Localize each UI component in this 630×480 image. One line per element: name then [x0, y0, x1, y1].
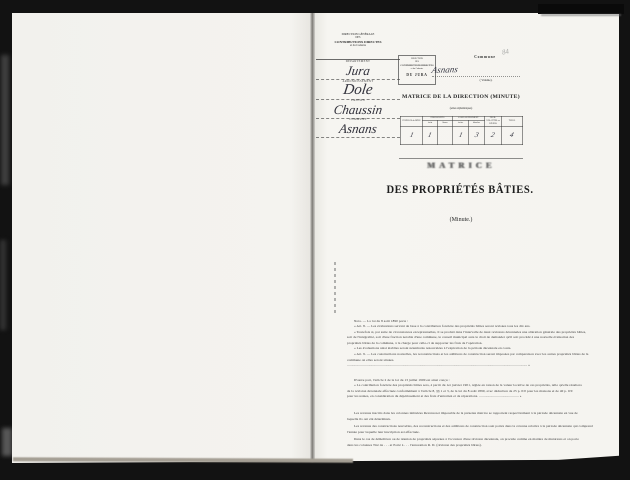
handwritten-count: 4 [509, 131, 514, 139]
legal-line: « Les évaluations ainsi établies seront … [347, 347, 617, 350]
office-stamp-box: DIRECTION DES CONTRIBUTIONS DIRECTES et … [398, 55, 436, 85]
legal-line: soit de l'intégralité, soit d'une fracti… [347, 336, 617, 339]
field-arrondissement: ARRONDISSEMENT Dole [312, 80, 404, 100]
legal-text-block-c: Les revenus inscrits dans les colonnes i… [347, 412, 617, 450]
legal-line: laquelle ils ont été déterminés. [347, 418, 617, 421]
legal-line: Nota. — La loi du 8 août 1890 porte : [347, 320, 617, 323]
legal-line: propriétés bâties de la commune, à la ch… [347, 342, 617, 345]
handwritten-value: Jura [311, 63, 405, 79]
field-canton: CANTON Chaussin [312, 99, 404, 119]
legal-line: « Art. 8. — Les évaluations servant de b… [347, 325, 617, 328]
spine-imprint-mark [334, 262, 336, 314]
legal-line: commune où elles seront situées. [347, 359, 617, 362]
legal-line: l'année pour laquelle leur inscription e… [347, 431, 617, 434]
col-header-total: TOTAL [502, 117, 523, 127]
legal-line: Dans le cas de démolition ou de réunion … [347, 438, 617, 441]
handwritten-value: Chaussin [311, 102, 405, 118]
legal-line: « Toutefois si, par suite de circonstanc… [347, 331, 617, 334]
volume-label: ( Volume). [458, 78, 514, 82]
legal-text-block-a: Nota. — La loi du 8 août 1890 porte : « … [347, 320, 617, 370]
handwritten-count: 1 [409, 131, 414, 139]
folio-count-table: FEUILLES du RÔLE FOLIOS BÂTIS CASES SUPP… [400, 116, 522, 145]
scanned-document: DIRECTION GÉNÉRALE DES CONTRIBUTIONS DIR… [0, 0, 630, 480]
table-cell [438, 126, 453, 144]
scanner-top-right-streak [541, 14, 621, 16]
legal-line: de la revision décennale effectuée confo… [347, 390, 617, 393]
field-commune: COMMUNE Asnans [312, 118, 404, 138]
table-cell: 3 [469, 126, 485, 144]
office-box-line: DU JURA [399, 73, 435, 78]
legal-line: dans les colonnes Tiré de . . . et Porté… [347, 444, 617, 447]
legal-line: « La contribution foncière des propriété… [347, 384, 617, 387]
table-cell: 1 [423, 126, 438, 144]
table-cell: 4 [502, 126, 523, 144]
handwritten-count: 1 [458, 131, 463, 139]
faded-matrice-word: MATRICE [398, 160, 524, 170]
scan-smudge [0, 240, 6, 330]
legal-line: « Art. 9. — Les constructions nouvelles,… [347, 353, 617, 356]
legal-line: pour les usines, en considération du dép… [347, 395, 617, 398]
field-departement: DÉPARTEMENT Jura [312, 60, 404, 80]
table-cell: 1 [401, 126, 423, 144]
agency-line: et du Cadastre [316, 44, 400, 48]
handwritten-count: 3 [474, 131, 479, 139]
legal-line: D'autre part, l'article 2 de la loi du 1… [347, 379, 617, 382]
office-box-line: et du Cadastre [399, 68, 435, 71]
col-header-volantes: FEUIL. VOLANTES ou DIVERS [485, 117, 502, 127]
separator-rule [399, 158, 523, 159]
direction-title: MATRICE DE LA DIRECTION (MINUTE) [398, 94, 524, 100]
direction-subtitle: (séries alphabétiques) [398, 107, 524, 110]
scan-smudge [1, 55, 9, 185]
legal-line: Les revenus inscrits dans les colonnes i… [347, 412, 617, 415]
agency-heading: DIRECTION GÉNÉRALE DES CONTRIBUTIONS DIR… [316, 32, 400, 48]
scanner-top-right-shadow [538, 4, 624, 14]
scan-smudge [2, 428, 12, 456]
handwritten-value: Asnans [311, 121, 405, 137]
handwritten-value: Dole [311, 82, 405, 99]
legal-dotted-line: ........................................… [347, 364, 617, 367]
legal-text-block-b: D'autre part, l'article 2 de la loi du 1… [347, 379, 617, 401]
table-cell: 1 [453, 126, 469, 144]
pencil-annotation: 84 [501, 47, 510, 56]
page-title: DES PROPRIÉTÉS BÂTIES. [368, 184, 552, 196]
dotted-rule [316, 137, 400, 138]
page-subtitle: (Minute.) [398, 217, 524, 223]
handwritten-count: 2 [490, 131, 495, 139]
handwritten-count: 1 [427, 131, 432, 139]
legal-line: Les revenus des constructions nouvelles,… [347, 425, 617, 428]
col-header-feuilles: FEUILLES du RÔLE [401, 117, 423, 127]
commune-dotted-rule [432, 76, 520, 77]
table-cell: 2 [485, 126, 502, 144]
